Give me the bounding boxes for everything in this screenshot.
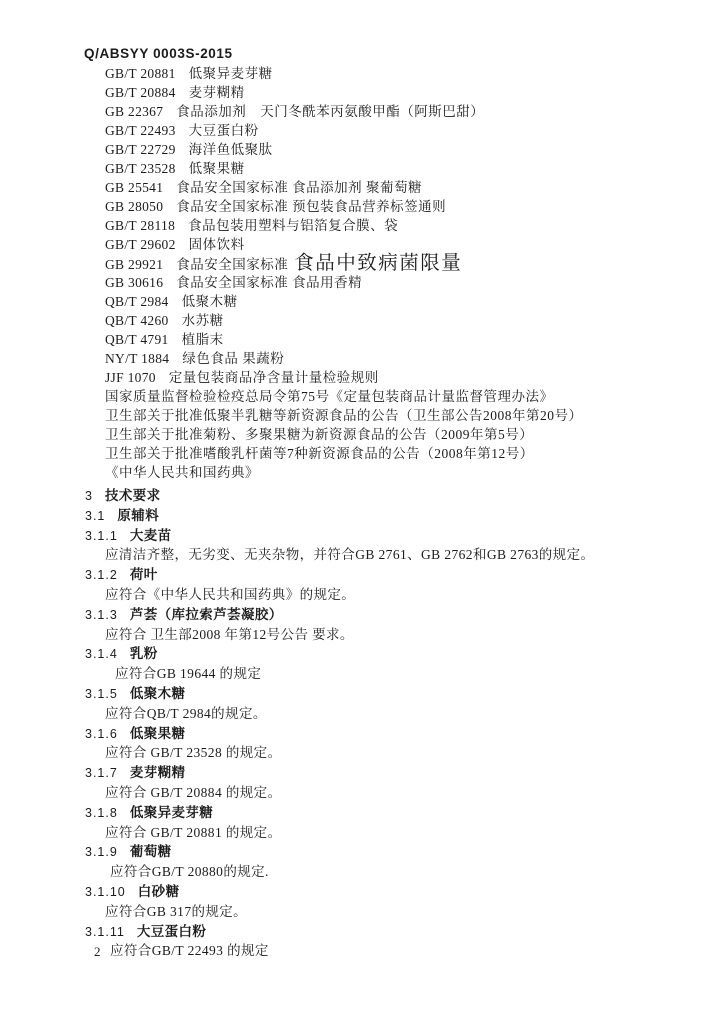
reference-title: 海洋鱼低聚肽	[189, 142, 273, 157]
section-title: 低聚木糖	[130, 686, 186, 701]
reference-title: 低聚果糖	[189, 161, 245, 176]
section-title: 大豆蛋白粉	[137, 924, 207, 939]
section-number: 3.1.6	[85, 725, 118, 745]
section-number: 3.1	[85, 507, 105, 527]
section-heading: 3.1.4乳粉	[85, 644, 594, 664]
reference-item: GB/T 22729海洋鱼低聚肽	[105, 140, 583, 159]
reference-title: 水苏糖	[182, 313, 224, 328]
reference-item-plain: 卫生部关于批准嗜酸乳杆菌等7种新资源食品的公告（2008年第12号）	[105, 444, 583, 463]
reference-item: GB 25541食品安全国家标准 食品添加剂 聚葡萄糖	[105, 178, 583, 197]
section-number: 3.1.3	[85, 606, 118, 626]
reference-item: QB/T 4260水苏糖	[105, 311, 583, 330]
section-number: 3.1.7	[85, 764, 118, 784]
reference-code: QB/T 2984	[105, 292, 169, 311]
reference-code: JJF 1070	[105, 368, 156, 387]
section-number: 3	[85, 487, 93, 507]
section-number: 3.1.10	[85, 883, 126, 903]
reference-code: GB/T 29602	[105, 235, 176, 254]
reference-title: 绿色食品 果蔬粉	[182, 351, 284, 366]
reference-code: GB 25541	[105, 178, 163, 197]
reference-title: 食品安全国家标准 预包装食品营养标签通则	[176, 199, 446, 214]
reference-title: 低聚异麦芽糖	[189, 66, 273, 81]
reference-title: 麦芽糊精	[189, 85, 245, 100]
reference-title: 固体饮料	[189, 237, 245, 252]
reference-code: GB/T 28118	[105, 216, 175, 235]
section-heading: 3技术要求	[85, 486, 594, 506]
reference-title: 食品安全国家标准 食品添加剂 聚葡萄糖	[176, 180, 422, 195]
reference-code: GB/T 20881	[105, 64, 176, 83]
section-body: 应符合GB/T 20880的规定.	[85, 862, 594, 882]
section-body: 应符合 卫生部2008 年第12号公告 要求。	[85, 625, 594, 645]
section-title: 葡萄糖	[130, 844, 172, 859]
section-body: 应符合《中华人民共和国药典》的规定。	[85, 585, 594, 605]
section-number: 3.1.5	[85, 685, 118, 705]
section-body: 应符合QB/T 2984的规定。	[85, 704, 594, 724]
reference-title: 食品安全国家标准 食品用香精	[176, 275, 362, 290]
section-heading: 3.1.5低聚木糖	[85, 684, 594, 704]
section-heading: 3.1.10白砂糖	[85, 882, 594, 902]
reference-code: GB/T 23528	[105, 159, 176, 178]
reference-title: 大豆蛋白粉	[189, 123, 259, 138]
reference-code: GB/T 20884	[105, 83, 176, 102]
section-title: 原辅料	[117, 508, 159, 523]
reference-item-plain: 卫生部关于批准低聚半乳糖等新资源食品的公告（卫生部公告2008年第20号）	[105, 406, 583, 425]
section-number: 3.1.1	[85, 527, 118, 547]
reference-item: GB/T 23528低聚果糖	[105, 159, 583, 178]
reference-code: GB 28050	[105, 197, 163, 216]
reference-code: QB/T 4791	[105, 330, 169, 349]
section-number: 3.1.2	[85, 566, 118, 586]
section-heading: 3.1.11大豆蛋白粉	[85, 922, 594, 942]
page-number: 2	[94, 944, 101, 960]
section-title: 大麦苗	[130, 528, 172, 543]
section-body: 应符合 GB/T 20884 的规定。	[85, 783, 594, 803]
reference-item: GB/T 20881低聚异麦芽糖	[105, 64, 583, 83]
section-title: 技术要求	[105, 488, 161, 503]
section-heading: 3.1原辅料	[85, 506, 594, 526]
section-heading: 3.1.8低聚异麦芽糖	[85, 803, 594, 823]
section-body: 应符合GB/T 22493 的规定	[85, 941, 594, 961]
section-heading: 3.1.3芦荟（库拉索芦荟凝胶）	[85, 605, 594, 625]
reference-title: 食品安全国家标准	[176, 257, 288, 272]
reference-item: GB 28050食品安全国家标准 预包装食品营养标签通则	[105, 197, 583, 216]
section-heading: 3.1.7麦芽糊精	[85, 763, 594, 783]
reference-code: GB 22367	[105, 102, 163, 121]
section-heading: 3.1.2荷叶	[85, 565, 594, 585]
section-title: 乳粉	[130, 646, 158, 661]
document-code-header: Q/ABSYY 0003S-2015	[84, 46, 233, 61]
section-number: 3.1.11	[85, 923, 125, 943]
reference-item: GB/T 22493大豆蛋白粉	[105, 121, 583, 140]
reference-item: GB 22367食品添加剂 天门冬酰苯丙氨酸甲酯（阿斯巴甜）	[105, 102, 583, 121]
section-title: 低聚异麦芽糖	[130, 805, 213, 820]
technical-requirements-section: 3技术要求 3.1原辅料 3.1.1大麦苗 应清洁齐整，无劣变、无夹杂物，并符合…	[85, 486, 594, 961]
document-page: Q/ABSYY 0003S-2015 GB/T 20881低聚异麦芽糖 GB/T…	[0, 0, 724, 1024]
reference-title: 低聚木糖	[182, 294, 238, 309]
section-title: 白砂糖	[138, 884, 180, 899]
reference-item-large: GB 29921食品安全国家标准食品中致病菌限量	[105, 254, 583, 273]
reference-item: GB/T 28118食品包装用塑料与铝箔复合膜、袋	[105, 216, 583, 235]
section-heading: 3.1.9葡萄糖	[85, 842, 594, 862]
reference-item: NY/T 1884绿色食品 果蔬粉	[105, 349, 583, 368]
reference-code: GB 30616	[105, 273, 163, 292]
reference-code: GB 29921	[105, 255, 163, 274]
section-title: 荷叶	[130, 567, 158, 582]
reference-code: GB/T 22493	[105, 121, 176, 140]
reference-item-plain: 国家质量监督检验检疫总局令第75号《定量包装商品计量监督管理办法》	[105, 387, 583, 406]
section-body: 应清洁齐整，无劣变、无夹杂物，并符合GB 2761、GB 2762和GB 276…	[85, 545, 594, 565]
reference-code: QB/T 4260	[105, 311, 169, 330]
reference-item-plain: 《中华人民共和国药典》	[105, 463, 583, 482]
section-heading: 3.1.6低聚果糖	[85, 724, 594, 744]
section-body: 应符合GB 19644 的规定	[85, 664, 594, 684]
reference-item: GB 30616食品安全国家标准 食品用香精	[105, 273, 583, 292]
section-title: 麦芽糊精	[130, 765, 186, 780]
reference-code: GB/T 22729	[105, 140, 176, 159]
section-body: 应符合 GB/T 23528 的规定。	[85, 743, 594, 763]
section-body: 应符合 GB/T 20881 的规定。	[85, 823, 594, 843]
reference-item: GB/T 20884麦芽糊精	[105, 83, 583, 102]
section-title: 芦荟（库拉索芦荟凝胶）	[130, 607, 283, 622]
reference-title-large: 食品中致病菌限量	[294, 253, 462, 274]
reference-title: 植脂末	[182, 332, 224, 347]
reference-item: QB/T 2984低聚木糖	[105, 292, 583, 311]
section-body: 应符合GB 317的规定。	[85, 902, 594, 922]
reference-item: GB/T 29602固体饮料	[105, 235, 583, 254]
normative-references-list: GB/T 20881低聚异麦芽糖 GB/T 20884麦芽糊精 GB 22367…	[105, 64, 583, 482]
section-number: 3.1.8	[85, 804, 118, 824]
reference-title: 食品包装用塑料与铝箔复合膜、袋	[188, 218, 398, 233]
reference-item: QB/T 4791植脂末	[105, 330, 583, 349]
section-number: 3.1.4	[85, 645, 118, 665]
reference-code: NY/T 1884	[105, 349, 169, 368]
reference-title: 定量包装商品净含量计量检验规则	[169, 370, 379, 385]
reference-item-plain: 卫生部关于批准菊粉、多聚果糖为新资源食品的公告（2009年第5号）	[105, 425, 583, 444]
reference-title: 食品添加剂 天门冬酰苯丙氨酸甲酯（阿斯巴甜）	[176, 104, 484, 119]
section-title: 低聚果糖	[130, 726, 186, 741]
reference-item: JJF 1070定量包装商品净含量计量检验规则	[105, 368, 583, 387]
section-number: 3.1.9	[85, 843, 118, 863]
section-heading: 3.1.1大麦苗	[85, 526, 594, 546]
